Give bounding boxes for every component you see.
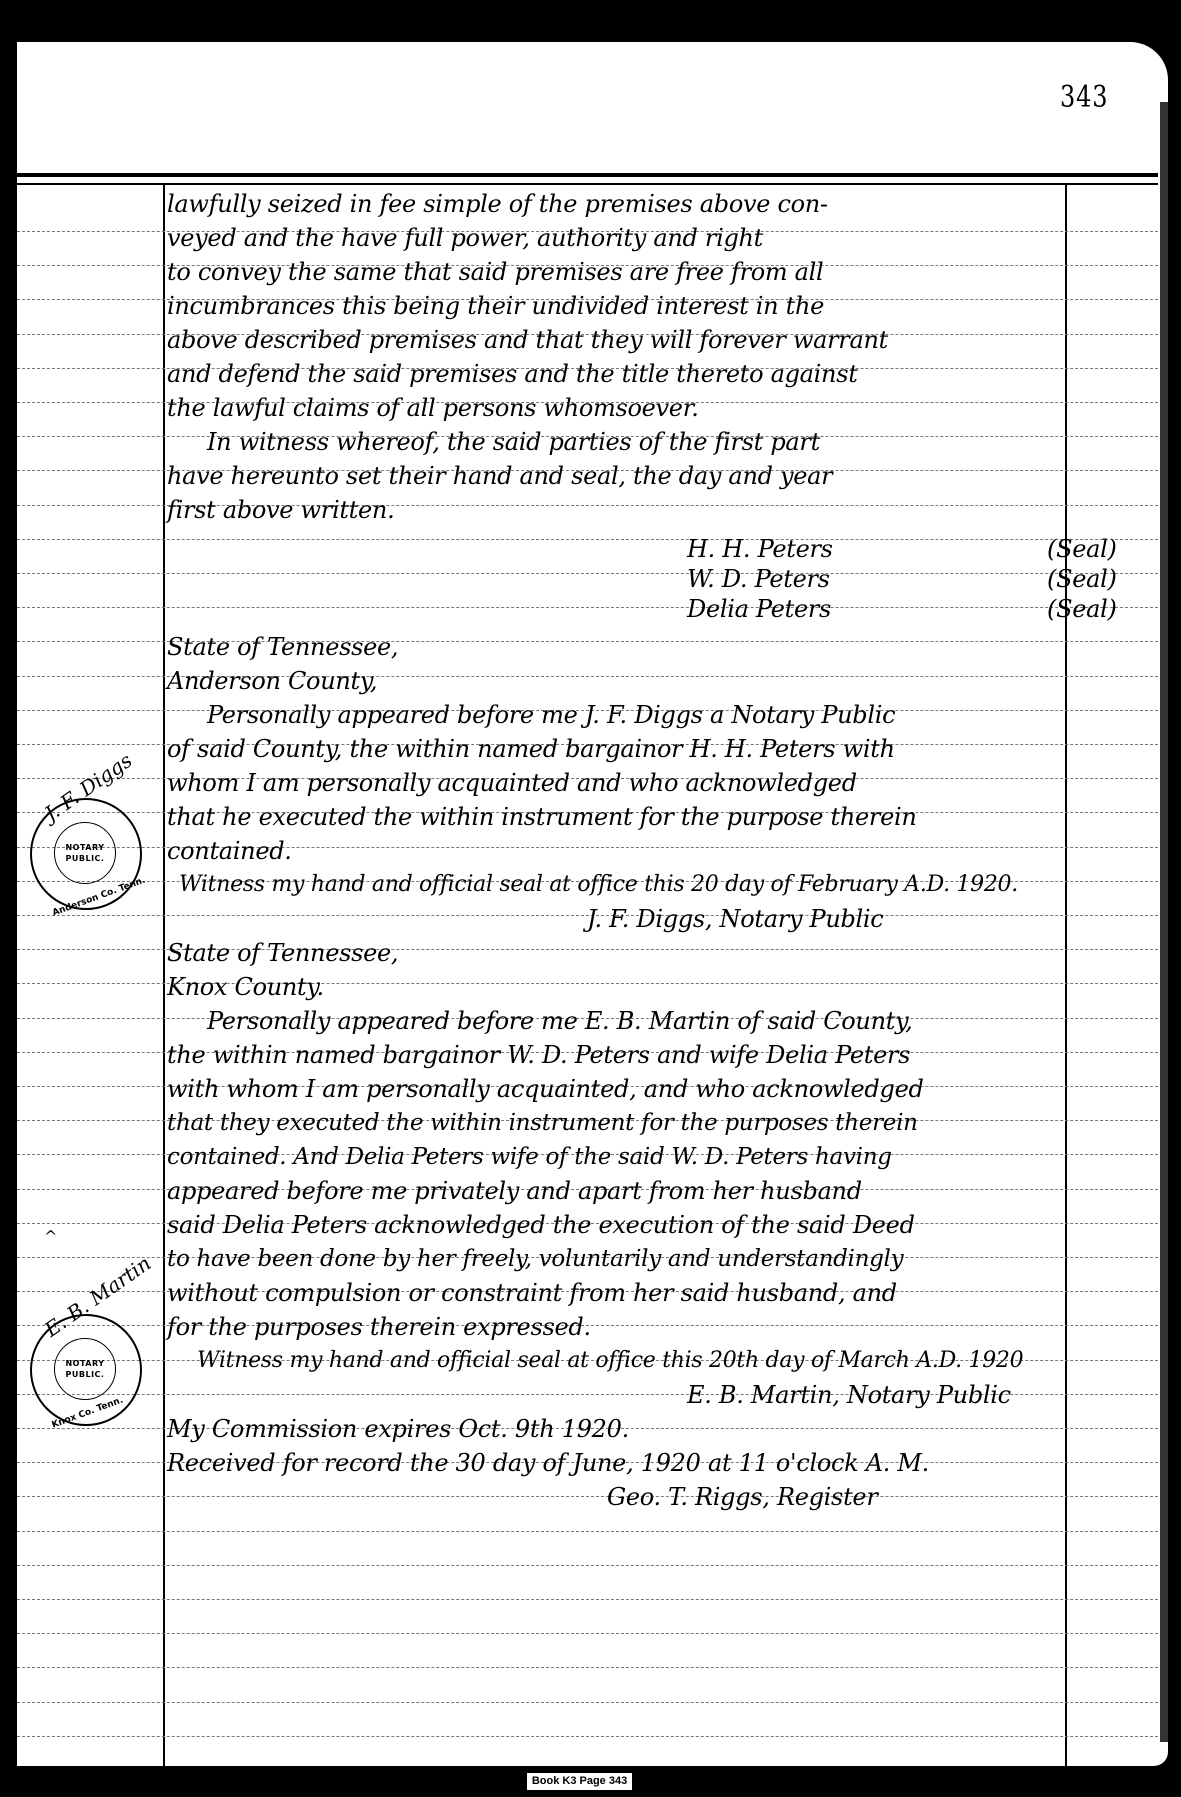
seal-mark: (Seal)	[1047, 592, 1117, 626]
ruled-line	[17, 1496, 1158, 1497]
text-line: the within named bargainor W. D. Peters …	[167, 1038, 910, 1072]
seal-center: NOTARY PUBLIC.	[54, 1338, 116, 1400]
text-line: whom I am personally acquainted and who …	[167, 766, 857, 800]
text-line: contained. And Delia Peters wife of the …	[167, 1140, 892, 1174]
text-line: lawfully seized in fee simple of the pre…	[167, 187, 828, 221]
ruled-line	[17, 1667, 1158, 1668]
text-line: appeared before me privately and apart f…	[167, 1174, 862, 1208]
text-line: to convey the same that said premises ar…	[167, 255, 823, 289]
ruled-line	[17, 1599, 1158, 1600]
seal-signature: J. F. Diggs	[40, 748, 136, 826]
text-line: that he executed the within instrument f…	[167, 800, 917, 834]
ack1-county: Anderson County,	[167, 664, 377, 698]
caret-mark: ^	[44, 1227, 57, 1246]
seal-mark: (Seal)	[1047, 562, 1117, 596]
text-line: for the purposes therein expressed.	[167, 1310, 591, 1344]
ruled-line	[17, 539, 1158, 540]
seal-signature: E. B. Martin	[40, 1251, 155, 1342]
seal-county: Anderson Co. Tenn.	[51, 876, 147, 919]
notary-signature-martin: E. B. Martin, Notary Public	[687, 1378, 1011, 1412]
signature-wd-peters: W. D. Peters	[687, 562, 830, 596]
text-line: first above written.	[167, 493, 394, 527]
text-line: of said County, the within named bargain…	[167, 732, 895, 766]
page-edge	[1160, 102, 1168, 1742]
notary-seal-diggs: J. F. Diggs NOTARY PUBLIC. Anderson Co. …	[30, 798, 142, 910]
text-line: contained.	[167, 834, 292, 868]
ack2-witness: Witness my hand and official seal at off…	[197, 1344, 1023, 1378]
page-number: 343	[1060, 80, 1108, 115]
text-line: with whom I am personally acquainted, an…	[167, 1072, 924, 1106]
text-line: and defend the said premises and the tit…	[167, 357, 858, 391]
ack2-county: Knox County.	[167, 970, 324, 1004]
text-line: Personally appeared before me J. F. Digg…	[207, 698, 895, 732]
notary-seal-martin: E. B. Martin NOTARY PUBLIC. Knox Co. Ten…	[30, 1314, 142, 1426]
ruled-line	[17, 1531, 1158, 1532]
text-line: above described premises and that they w…	[167, 323, 888, 357]
header-rule-thin	[12, 183, 1158, 185]
text-line: said Delia Peters acknowledged the execu…	[167, 1208, 915, 1242]
header-rule	[12, 173, 1158, 177]
text-line: Personally appeared before me E. B. Mart…	[207, 1004, 912, 1038]
ruled-line	[17, 1633, 1158, 1634]
binding-edge	[12, 42, 17, 1766]
text-line: veyed and the have full power, authority…	[167, 221, 763, 255]
ack1-witness: Witness my hand and official seal at off…	[179, 868, 1018, 902]
notary-signature-diggs: J. F. Diggs, Notary Public	[587, 902, 883, 936]
seal-center: NOTARY PUBLIC.	[54, 822, 116, 884]
register-signature: Geo. T. Riggs, Register	[607, 1480, 878, 1514]
text-line: incumbrances this being their undivided …	[167, 289, 824, 323]
ruled-line	[17, 607, 1158, 608]
text-line: have hereunto set their hand and seal, t…	[167, 459, 832, 493]
text-line: without compulsion or constraint from he…	[167, 1276, 897, 1310]
seal-mark: (Seal)	[1047, 532, 1117, 566]
ruled-line	[17, 1565, 1158, 1566]
recording-received: Received for record the 30 day of June, …	[167, 1446, 929, 1480]
ack1-state: State of Tennessee,	[167, 630, 398, 664]
ack2-state: State of Tennessee,	[167, 936, 398, 970]
signature-hh-peters: H. H. Peters	[687, 532, 833, 566]
ruled-line	[17, 573, 1158, 574]
book-page-label: Book K3 Page 343	[527, 1773, 632, 1790]
text-line: that they executed the within instrument…	[167, 1106, 918, 1140]
ledger-page: 343 J. F. Diggs NOTARY PUBLIC. Anderson …	[12, 42, 1168, 1766]
ruled-line	[17, 1736, 1158, 1737]
right-margin-rule	[1065, 185, 1067, 1766]
ruled-line	[17, 1702, 1158, 1703]
commission-expiry: My Commission expires Oct. 9th 1920.	[167, 1412, 629, 1446]
text-line: to have been done by her freely, volunta…	[167, 1242, 903, 1276]
left-margin-rule	[163, 185, 165, 1766]
seal-county: Knox Co. Tenn.	[51, 1395, 125, 1430]
signature-delia-peters: Delia Peters	[687, 592, 831, 626]
text-line: the lawful claims of all persons whomsoe…	[167, 391, 699, 425]
text-line: In witness whereof, the said parties of …	[207, 425, 820, 459]
